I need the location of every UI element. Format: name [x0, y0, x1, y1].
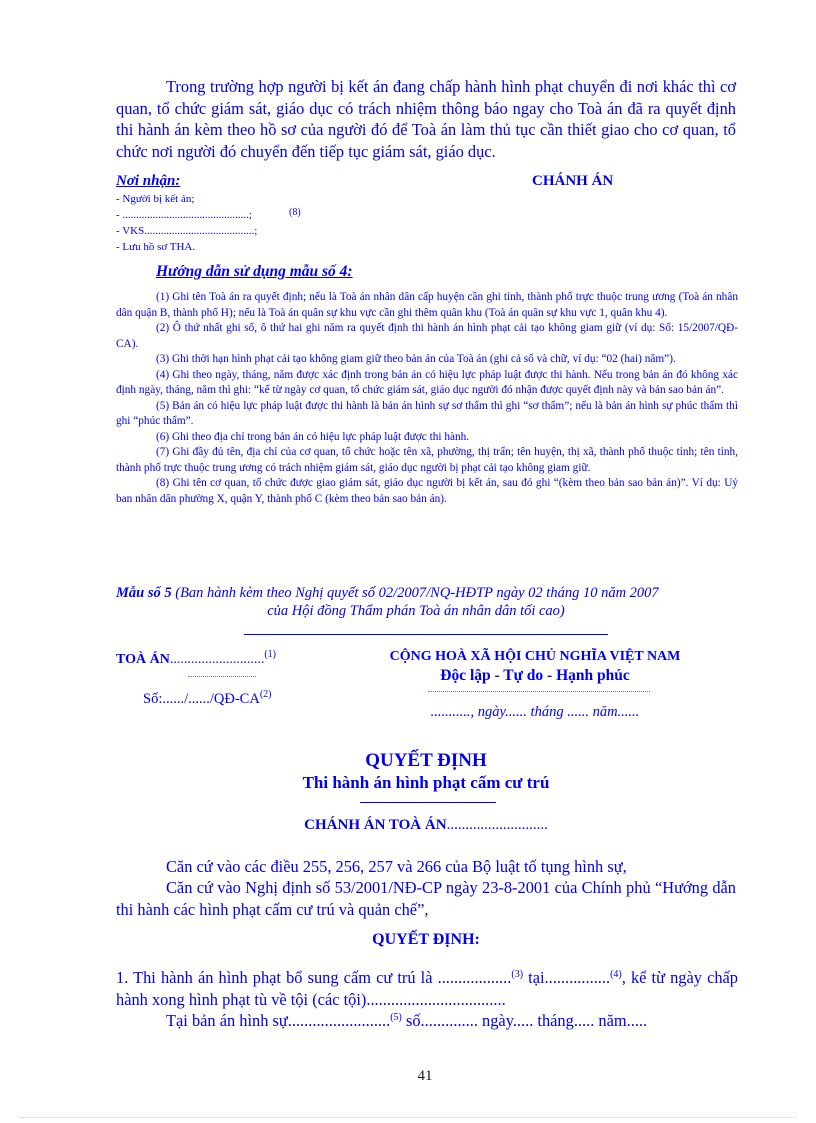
- decision-item-1-judgment: Tại bản án hình sự......................…: [116, 1010, 738, 1032]
- legal-basis-2: Căn cứ vào Nghị định số 53/2001/NĐ-CP ng…: [116, 877, 736, 920]
- national-motto: Độc lập - Tự do - Hạnh phúc: [360, 667, 710, 685]
- guide-note: (3) Ghi thời hạn hình phạt cải tạo không…: [116, 352, 738, 368]
- guide-note: (1) Ghi tên Toà án ra quyết định; nếu là…: [116, 290, 738, 321]
- court-dots: ...........................: [170, 652, 265, 667]
- guide-note: (5) Bản án có hiệu lực pháp luật được th…: [116, 399, 738, 430]
- guide-note: (2) Ô thứ nhất ghi số, ô thứ hai ghi năm…: [116, 321, 738, 352]
- item1-text: 1. Thi hành án hình phạt bổ sung cấm cư …: [116, 968, 511, 987]
- signer-title: CHÁNH ÁN: [532, 173, 613, 190]
- court-marker: (1): [264, 649, 276, 660]
- nation-name: CỘNG HOÀ XÃ HỘI CHỦ NGHĨA VIỆT NAM: [360, 649, 710, 665]
- decision-item-1: 1. Thi hành án hình phạt bổ sung cấm cư …: [116, 967, 738, 1010]
- item1-text: tại................: [523, 968, 610, 987]
- item1-marker-3: (3): [511, 969, 523, 980]
- page-number: 41: [0, 1068, 816, 1085]
- item1-marker-4: (4): [610, 969, 622, 980]
- recipient-item: - ......................................…: [116, 209, 252, 221]
- recipients-block: Nơi nhận: - Người bị kết án; - .........…: [116, 172, 376, 255]
- recipients-title: Nơi nhận:: [116, 172, 376, 191]
- decides-heading: QUYẾT ĐỊNH:: [116, 931, 736, 949]
- authority-line: CHÁNH ÁN TOÀ ÁN.........................…: [116, 817, 736, 834]
- item1-marker-5: (5): [390, 1012, 402, 1023]
- guide-note: (7) Ghi đầy đủ tên, địa chỉ của cơ quan,…: [116, 445, 738, 476]
- form5-issued-line2: của Hội đồng Thẩm phán Toà án nhân dân t…: [116, 603, 716, 620]
- form5-label: Mẫu số 5: [116, 585, 172, 601]
- page-bottom-border: [20, 1117, 796, 1118]
- court-header: TOÀ ÁN...........................(1): [116, 650, 346, 668]
- authority-label: CHÁNH ÁN TOÀ ÁN: [304, 817, 446, 833]
- motto-divider: [428, 691, 650, 692]
- guide-notes: (1) Ghi tên Toà án ra quyết định; nếu là…: [116, 290, 738, 507]
- recipient-note-marker: (8): [289, 205, 301, 221]
- court-label: TOÀ ÁN: [116, 652, 170, 667]
- authority-dots: ...........................: [447, 817, 548, 833]
- guide-note: (4) Ghi theo ngày, tháng, năm được xác đ…: [116, 368, 738, 399]
- decision-title: QUYẾT ĐỊNH: [116, 750, 736, 772]
- guide-note: (8) Ghi tên cơ quan, tổ chức được giao g…: [116, 476, 738, 507]
- recipient-item: - VKS...................................…: [116, 223, 376, 239]
- decision-subtitle: Thi hành án hình phạt cấm cư trú: [116, 773, 736, 793]
- item1-text: Tại bản án hình sự......................…: [166, 1011, 390, 1030]
- place-date-line: ..........., ngày...... tháng ...... năm…: [360, 704, 710, 721]
- form5-heading: Mẫu số 5 (Ban hành kèm theo Nghị quyết s…: [116, 585, 659, 602]
- form5-divider: [244, 634, 608, 635]
- intro-paragraph: Trong trường hợp người bị kết án đang ch…: [116, 76, 736, 162]
- document-page: Trong trường hợp người bị kết án đang ch…: [0, 0, 816, 1123]
- guide-title: Hướng dẫn sử dụng mẫu số 4:: [156, 263, 353, 281]
- decision-number: Số:....../....../QĐ-CA(2): [143, 691, 272, 708]
- decision-number-marker: (2): [260, 689, 272, 700]
- legal-basis-1: Căn cứ vào các điều 255, 256, 257 và 266…: [116, 856, 736, 878]
- recipient-item: - Người bị kết án;: [116, 191, 376, 207]
- item1-text: số.............. ngày..... tháng..... nă…: [402, 1011, 647, 1030]
- court-divider: [188, 676, 256, 677]
- subtitle-divider: [360, 802, 496, 803]
- recipient-item: - Lưu hồ sơ THA.: [116, 239, 376, 255]
- guide-note: (6) Ghi theo địa chỉ trong bản án có hiệ…: [116, 430, 738, 446]
- form5-issued-line1: (Ban hành kèm theo Nghị quyết số 02/2007…: [175, 585, 658, 601]
- decision-number-text: Số:....../....../QĐ-CA: [143, 691, 260, 707]
